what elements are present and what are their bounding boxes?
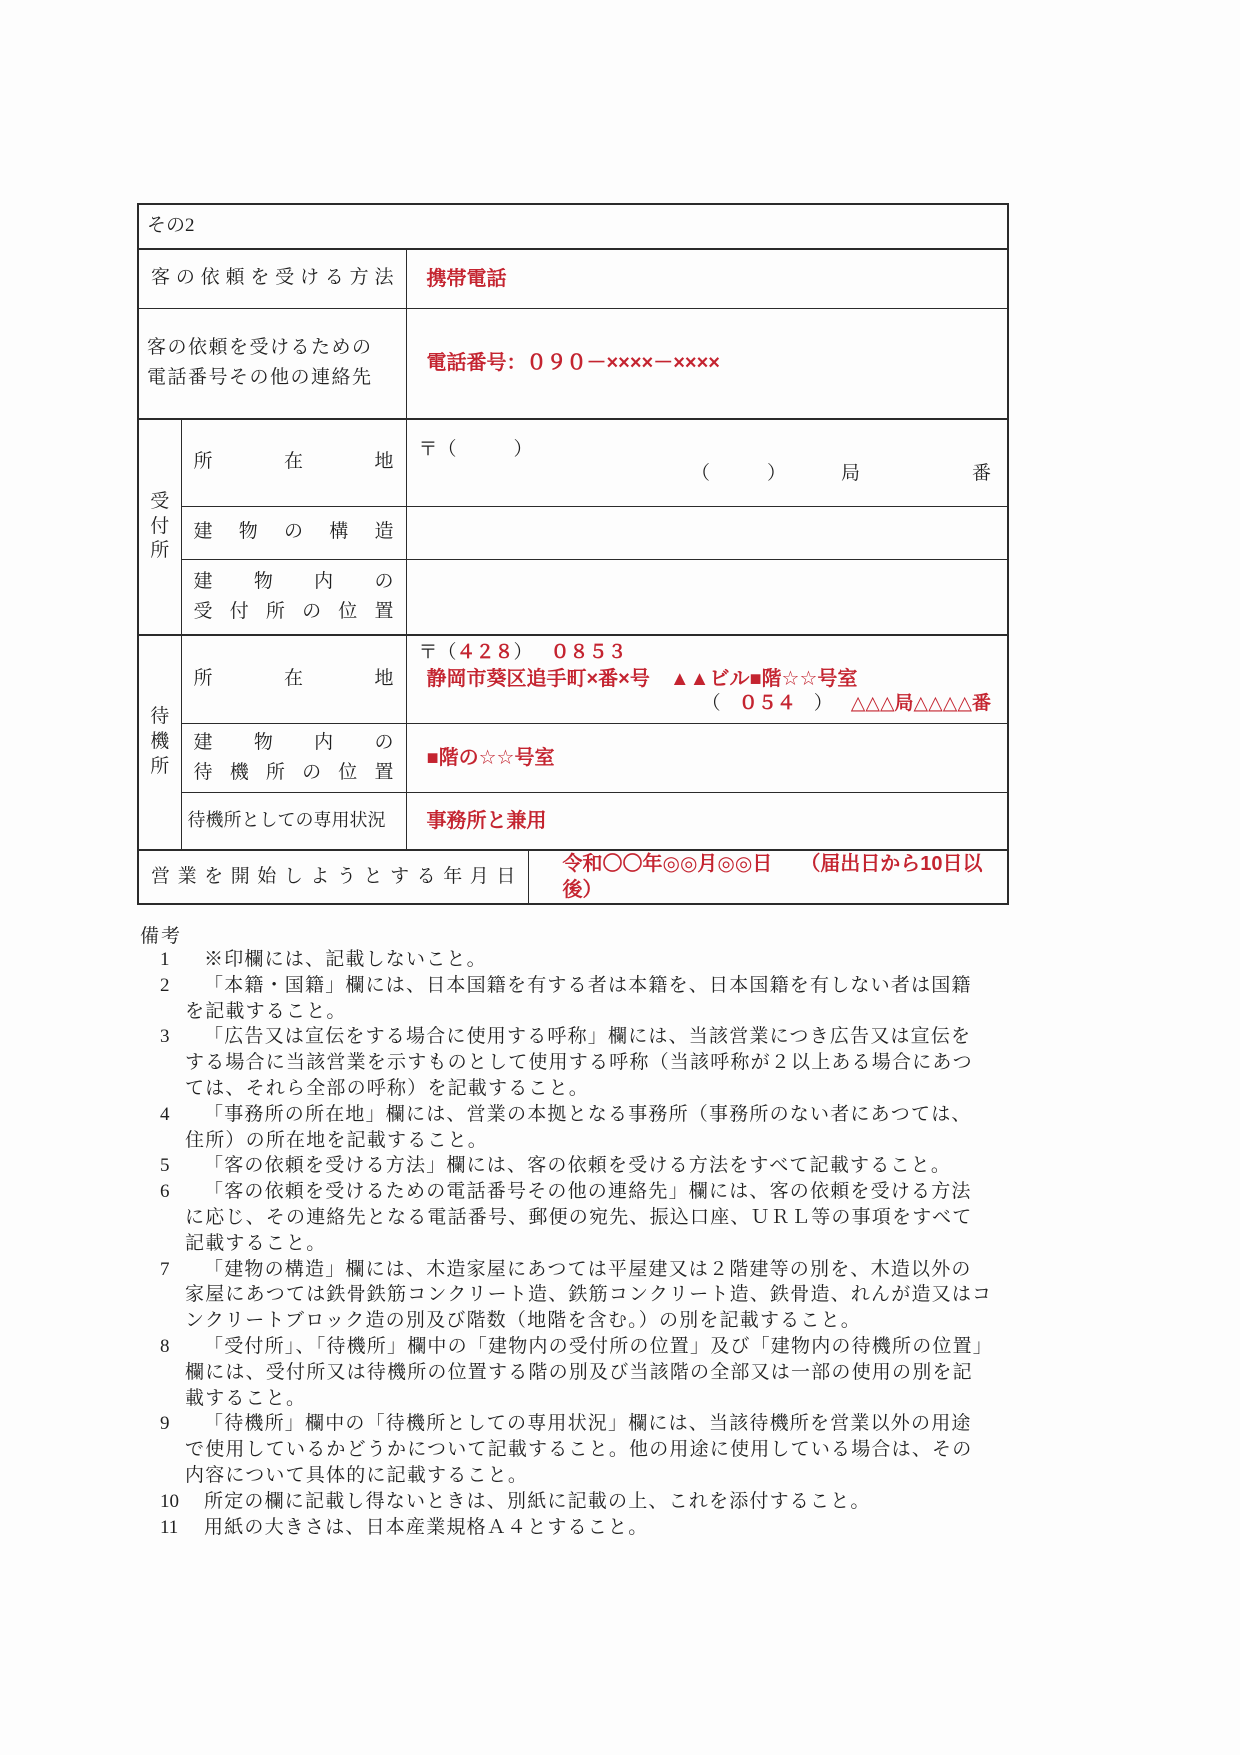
note-text-continued: 住所）の所在地を記載すること。 (160, 1128, 1032, 1154)
note-text-continued: 家屋にあつては鉄骨鉄筋コンクリート造、鉄筋コンクリート造、鉄骨造、れんが造又はコ (160, 1282, 1032, 1308)
note-number: 4 (160, 1102, 204, 1128)
waiting-street: 静岡市葵区追手町×番×号 ▲▲ビル■階☆☆号室 (407, 666, 1008, 692)
remarks-list: 1※印欄には、記載しないこと。2「本籍・国籍」欄には、日本国籍を有する者は本籍を… (160, 947, 1032, 1540)
note-item: 5「客の依頼を受ける方法」欄には、客の依頼を受ける方法をすべて記載すること。 (160, 1153, 1032, 1179)
notification-form-table: その2 客の依頼を受ける方法 携帯電話 客の依頼を受けるための 電話番号その他の… (137, 203, 1009, 905)
row-method: 客の依頼を受ける方法 携帯電話 (138, 249, 1008, 308)
note-text: 「客の依頼を受けるための電話番号その他の連絡先」欄には、客の依頼を受ける方法 (204, 1179, 1026, 1205)
method-value: 携帯電話 (407, 266, 1008, 292)
note-text: ※印欄には、記載しないこと。 (204, 947, 1026, 973)
note-text-continued: に応じ、その連絡先となる電話番号、郵便の宛先、振込口座、ＵＲＬ等の事項をすべて (160, 1205, 1032, 1231)
row-reception-address: 受付所 所在地 〒（ ） （ ） 局 番 (138, 419, 1008, 506)
remarks-title: 備考 (140, 921, 182, 948)
note-number: 2 (160, 973, 204, 999)
note-number: 3 (160, 1024, 204, 1050)
note-number: 10 (160, 1489, 204, 1515)
waiting-exclusive-label: 待機所としての専用状況 (182, 805, 406, 836)
reception-structure-label: 建物の構造 (182, 520, 406, 545)
note-text: 所定の欄に記載し得ないときは、別紙に記載の上、これを添付すること。 (204, 1489, 1026, 1515)
note-item: 1※印欄には、記載しないこと。 (160, 947, 1032, 973)
reception-phone-blank: （ ） 局 番 (407, 462, 1008, 487)
row-waiting-exclusive: 待機所としての専用状況 事務所と兼用 (138, 792, 1008, 850)
waiting-address-label: 所在地 (182, 667, 406, 692)
note-text: 「受付所」、「待機所」欄中の「建物内の受付所の位置」及び「建物内の待機所の位置」 (204, 1334, 1026, 1360)
note-number: 11 (160, 1515, 204, 1541)
reception-position-label: 建物内の 受付所の位置 (182, 563, 406, 631)
reception-address-value: 〒（ ） （ ） 局 番 (407, 433, 1008, 493)
row-contact: 客の依頼を受けるための 電話番号その他の連絡先 電話番号：０９０－××××－××… (138, 308, 1008, 419)
waiting-position-value: ■階の☆☆号室 (407, 745, 1008, 771)
note-text-continued: ンクリートブロック造の別及び階数（地階を含む。）の別を記載すること。 (160, 1308, 1032, 1334)
form-page: その2 客の依頼を受ける方法 携帯電話 客の依頼を受けるための 電話番号その他の… (0, 0, 1240, 1755)
row-waiting-address: 待機所 所在地 〒（４２８）０８５３ 静岡市葵区追手町×番×号 ▲▲ビル■階☆☆… (138, 635, 1008, 723)
note-text: 「本籍・国籍」欄には、日本国籍を有する者は本籍を、日本国籍を有しない者は国籍 (204, 973, 1026, 999)
note-item: 3「広告又は宣伝をする場合に使用する呼称」欄には、当該営業につき広告又は宣伝をす… (160, 1024, 1032, 1101)
contact-value: 電話番号：０９０－××××－×××× (407, 350, 1008, 376)
row-reception-position: 建物内の 受付所の位置 (138, 559, 1008, 635)
note-number: 1 (160, 947, 204, 973)
note-number: 7 (160, 1257, 204, 1283)
reception-postal-blank: 〒（ ） (407, 438, 1008, 463)
note-text-continued: ては、それら全部の呼称）を記載すること。 (160, 1076, 1032, 1102)
note-item: 11用紙の大きさは、日本産業規格Ａ４とすること。 (160, 1515, 1032, 1541)
note-text: 「待機所」欄中の「待機所としての専用状況」欄には、当該待機所を営業以外の用途 (204, 1411, 1026, 1437)
waiting-exclusive-value: 事務所と兼用 (407, 808, 1008, 834)
note-text-continued: する場合に当該営業を示すものとして使用する呼称（当該呼称が２以上ある場合にあつ (160, 1050, 1032, 1076)
waiting-position-label: 建物内の 待機所の位置 (182, 724, 406, 792)
note-text: 「事務所の所在地」欄には、営業の本拠となる事務所（事務所のない者にあつては、 (204, 1102, 1026, 1128)
waiting-postal: 〒（４２８）０８５３ (407, 641, 1008, 666)
note-number: 6 (160, 1179, 204, 1205)
note-text: 用紙の大きさは、日本産業規格Ａ４とすること。 (204, 1515, 1026, 1541)
waiting-address-value: 〒（４２８）０８５３ 静岡市葵区追手町×番×号 ▲▲ビル■階☆☆号室 （０５４）… (407, 636, 1008, 722)
note-item: 2「本籍・国籍」欄には、日本国籍を有する者は本籍を、日本国籍を有しない者は国籍を… (160, 973, 1032, 1025)
note-text: 「客の依頼を受ける方法」欄には、客の依頼を受ける方法をすべて記載すること。 (204, 1153, 1026, 1179)
note-item: 10所定の欄に記載し得ないときは、別紙に記載の上、これを添付すること。 (160, 1489, 1032, 1515)
method-label: 客の依頼を受ける方法 (139, 266, 406, 291)
note-item: 9「待機所」欄中の「待機所としての専用状況」欄には、当該待機所を営業以外の用途で… (160, 1411, 1032, 1488)
row-part-label: その2 (138, 204, 1008, 249)
note-text: 「建物の構造」欄には、木造家屋にあつては平屋建又は２階建等の別を、木造以外の (204, 1257, 1026, 1283)
note-text-continued: で使用しているかどうかについて記載すること。他の用途に使用している場合は、その (160, 1437, 1032, 1463)
note-item: 6「客の依頼を受けるための電話番号その他の連絡先」欄には、客の依頼を受ける方法に… (160, 1179, 1032, 1256)
note-text-continued: 内容について具体的に記載すること。 (160, 1463, 1032, 1489)
row-waiting-position: 建物内の 待機所の位置 ■階の☆☆号室 (138, 723, 1008, 792)
contact-label: 客の依頼を受けるための 電話番号その他の連絡先 (139, 329, 406, 397)
note-item: 7「建物の構造」欄には、木造家屋にあつては平屋建又は２階建等の別を、木造以外の家… (160, 1257, 1032, 1334)
note-item: 4「事務所の所在地」欄には、営業の本拠となる事務所（事務所のない者にあつては、住… (160, 1102, 1032, 1154)
note-text: 「広告又は宣伝をする場合に使用する呼称」欄には、当該営業につき広告又は宣伝を (204, 1024, 1026, 1050)
note-text-continued: 欄には、受付所又は待機所の位置する階の別及び当該階の全部又は一部の使用の別を記 (160, 1360, 1032, 1386)
reception-structure-value (407, 529, 1008, 537)
reception-position-value (407, 593, 1008, 601)
part-label: その2 (139, 210, 1007, 243)
reception-address-label: 所在地 (182, 450, 406, 475)
note-text-continued: を記載すること。 (160, 999, 1032, 1025)
note-text-continued: 載すること。 (160, 1386, 1032, 1412)
note-number: 5 (160, 1153, 204, 1179)
note-text-continued: 記載すること。 (160, 1231, 1032, 1257)
note-item: 8「受付所」、「待機所」欄中の「建物内の受付所の位置」及び「建物内の待機所の位置… (160, 1334, 1032, 1411)
note-number: 8 (160, 1334, 204, 1360)
reception-vertical-label: 受付所 (139, 470, 181, 584)
row-start-date: 営業を開始しようとする年月日 令和〇〇年◎◎月◎◎日（届出日から10日以後） (138, 850, 1008, 904)
start-date-value: 令和〇〇年◎◎月◎◎日（届出日から10日以後） (529, 851, 1008, 903)
row-reception-structure: 建物の構造 (138, 506, 1008, 559)
waiting-vertical-label: 待機所 (139, 685, 181, 799)
start-date-label: 営業を開始しようとする年月日 (139, 865, 528, 890)
note-number: 9 (160, 1411, 204, 1437)
waiting-phone: （０５４）△△△局△△△△番 (407, 692, 1008, 717)
